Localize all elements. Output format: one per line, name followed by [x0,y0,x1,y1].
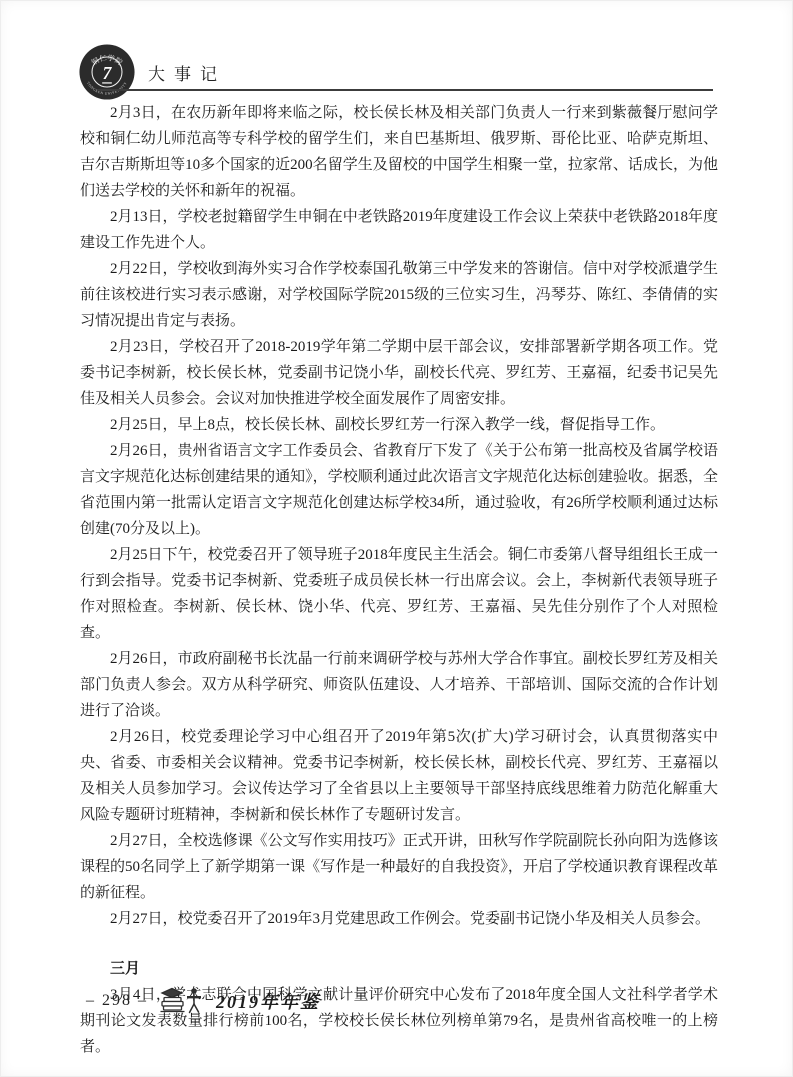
event-paragraph: 2月25日下午，校党委召开了领导班子2018年度民主生活会。铜仁市委第八督导组组… [80,542,718,646]
event-paragraph: 2月23日，学校召开了2018-2019学年第二学期中层干部会议，安排部署新学期… [80,334,718,412]
yearbook-page: 铜仁学院 TONGREN UNIVERSITY 7 大事记 2月3日，在农历新年… [0,0,793,1077]
figure-head [191,988,197,994]
carried-book [187,996,201,998]
header-rule [97,89,713,91]
event-paragraph: 2月22日，学校收到海外实习合作学校泰国孔敬第三中学发来的答谢信。信中对学校派遣… [80,256,718,334]
page-footer: – 298 – 2019年年鉴 [86,984,320,1018]
event-paragraph: 2月3日，在农历新年即将来临之际，校长侯长林及相关部门负责人一行来到紫薇餐厅慰问… [80,100,718,204]
page-header-title: 大事记 [148,66,226,83]
event-paragraph: 2月27日，全校选修课《公文写作实用技巧》正式开讲，田秋写作学院副院长孙向阳为选… [80,828,718,906]
graduation-cap [162,989,182,998]
event-paragraph: 2月27日，校党委召开了2019年3月党建思政工作例会。党委副书记饶小华及相关人… [80,906,718,932]
university-seal-icon: 铜仁学院 TONGREN UNIVERSITY 7 [78,43,136,101]
page-number: – 298 – [86,992,148,1010]
book [164,1006,182,1010]
chronicle-content: 2月3日，在农历新年即将来临之际，校长侯长林及相关部门负责人一行来到紫薇餐厅慰问… [80,100,718,1060]
seal-center-glyph: 7 [103,63,113,83]
event-paragraph: 2月13日，学校老挝籍留学生申铜在中老铁路2019年度建设工作会议上荣获中老铁路… [80,204,718,256]
event-paragraph: 2月26日，市政府副秘书长沈晶一行前来调研学校与苏州大学合作事宜。副校长罗红芳及… [80,646,718,724]
seal-year-mark [102,82,112,84]
books-and-reader-icon [158,984,206,1018]
yearbook-label: 2019年年鉴 [216,988,320,1014]
event-paragraph: 2月26日，校党委理论学习中心组召开了2019年第5次(扩大)学习研讨会，认真贯… [80,724,718,828]
figure-leg [194,1004,199,1012]
figure-leg [190,1004,195,1013]
event-paragraph: 2月25日，早上8点，校长侯长林、副校长罗红芳一行深入教学一线，督促指导工作。 [80,412,718,438]
book [162,1002,183,1007]
month-heading-march: 三月 [80,956,718,982]
event-paragraph: 2月26日，贵州省语言文字工作委员会、省教育厅下发了《关于公布第一批高校及省属学… [80,438,718,542]
